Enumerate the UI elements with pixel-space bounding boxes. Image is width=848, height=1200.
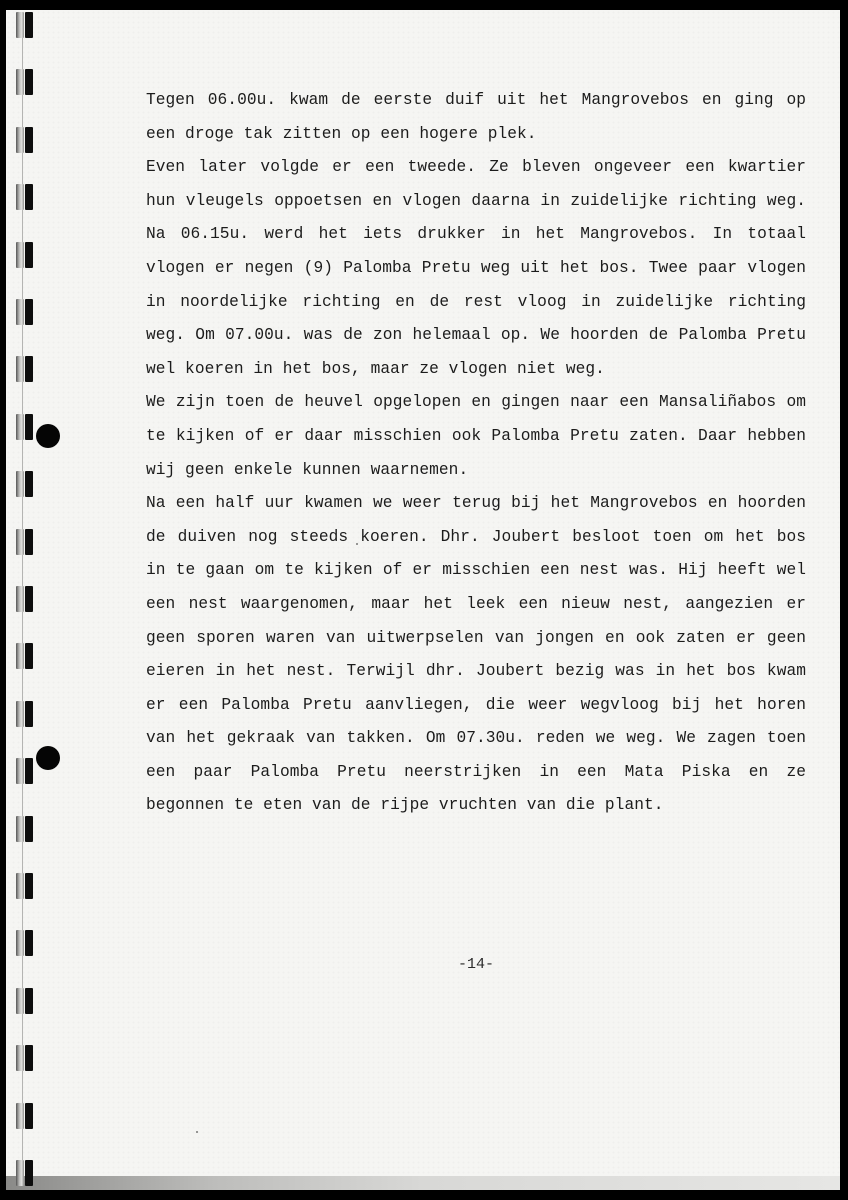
text-line: wij geen enkele kunnen waarnemen. xyxy=(146,454,806,488)
binding-ring-icon xyxy=(16,816,36,842)
binding-ring-icon xyxy=(16,873,36,899)
binding-ring-icon xyxy=(16,529,36,555)
punch-hole-icon xyxy=(36,746,60,770)
binding-ring-icon xyxy=(16,1103,36,1129)
text-line: hun vleugels oppoetsen en vlogen daarna … xyxy=(146,185,806,219)
text-line: er een Palomba Pretu aanvliegen, die wee… xyxy=(146,689,806,723)
text-line: Even later volgde er een tweede. Ze blev… xyxy=(146,151,806,185)
binding-ring-icon xyxy=(16,69,36,95)
text-line: wel koeren in het bos, maar ze vlogen ni… xyxy=(146,353,806,387)
binding-ring-icon xyxy=(16,1045,36,1071)
text-line: de duiven nog steeds koeren. Dhr. Jouber… xyxy=(146,521,806,555)
scan-shadow-edge xyxy=(6,1176,840,1190)
binding-ring-icon xyxy=(16,471,36,497)
scanned-page: Tegen 06.00u. kwam de eerste duif uit he… xyxy=(0,0,848,1200)
binding-ring-icon xyxy=(16,988,36,1014)
binding-ring-icon xyxy=(16,414,36,440)
scan-speck xyxy=(196,1131,198,1133)
text-line: geen sporen waren van uitwerpselen van j… xyxy=(146,622,806,656)
binding-ring-icon xyxy=(16,930,36,956)
binding-ring-icon xyxy=(16,184,36,210)
binding-ring-icon xyxy=(16,701,36,727)
text-line: Na 06.15u. werd het iets drukker in het … xyxy=(146,218,806,252)
binding-ring-icon xyxy=(16,1160,36,1186)
document-body: Tegen 06.00u. kwam de eerste duif uit he… xyxy=(146,84,806,823)
text-line: in noordelijke richting en de rest vloog… xyxy=(146,286,806,320)
text-line: een paar Palomba Pretu neerstrijken in e… xyxy=(146,756,806,790)
text-line: begonnen te eten van de rijpe vruchten v… xyxy=(146,789,806,823)
text-line: in te gaan om te kijken of er misschien … xyxy=(146,554,806,588)
binding-ring-icon xyxy=(16,643,36,669)
text-line: weg. Om 07.00u. was de zon helemaal op. … xyxy=(146,319,806,353)
text-line: eieren in het nest. Terwijl dhr. Joubert… xyxy=(146,655,806,689)
binding-ring-icon xyxy=(16,12,36,38)
punch-hole-icon xyxy=(36,424,60,448)
binding-ring-icon xyxy=(16,127,36,153)
text-line: van het gekraak van takken. Om 07.30u. r… xyxy=(146,722,806,756)
text-line: Tegen 06.00u. kwam de eerste duif uit he… xyxy=(146,84,806,118)
binding-ring-icon xyxy=(16,758,36,784)
binding-ring-icon xyxy=(16,242,36,268)
text-line: een nest waargenomen, maar het leek een … xyxy=(146,588,806,622)
binding-ring-icon xyxy=(16,299,36,325)
text-line: Na een half uur kwamen we weer terug bij… xyxy=(146,487,806,521)
text-line: We zijn toen de heuvel opgelopen en ging… xyxy=(146,386,806,420)
binding-ring-icon xyxy=(16,586,36,612)
text-line: een droge tak zitten op een hogere plek. xyxy=(146,118,806,152)
page-number: -14- xyxy=(458,956,494,973)
text-line: vlogen er negen (9) Palomba Pretu weg ui… xyxy=(146,252,806,286)
binding-ring-icon xyxy=(16,356,36,382)
text-line: te kijken of er daar misschien ook Palom… xyxy=(146,420,806,454)
